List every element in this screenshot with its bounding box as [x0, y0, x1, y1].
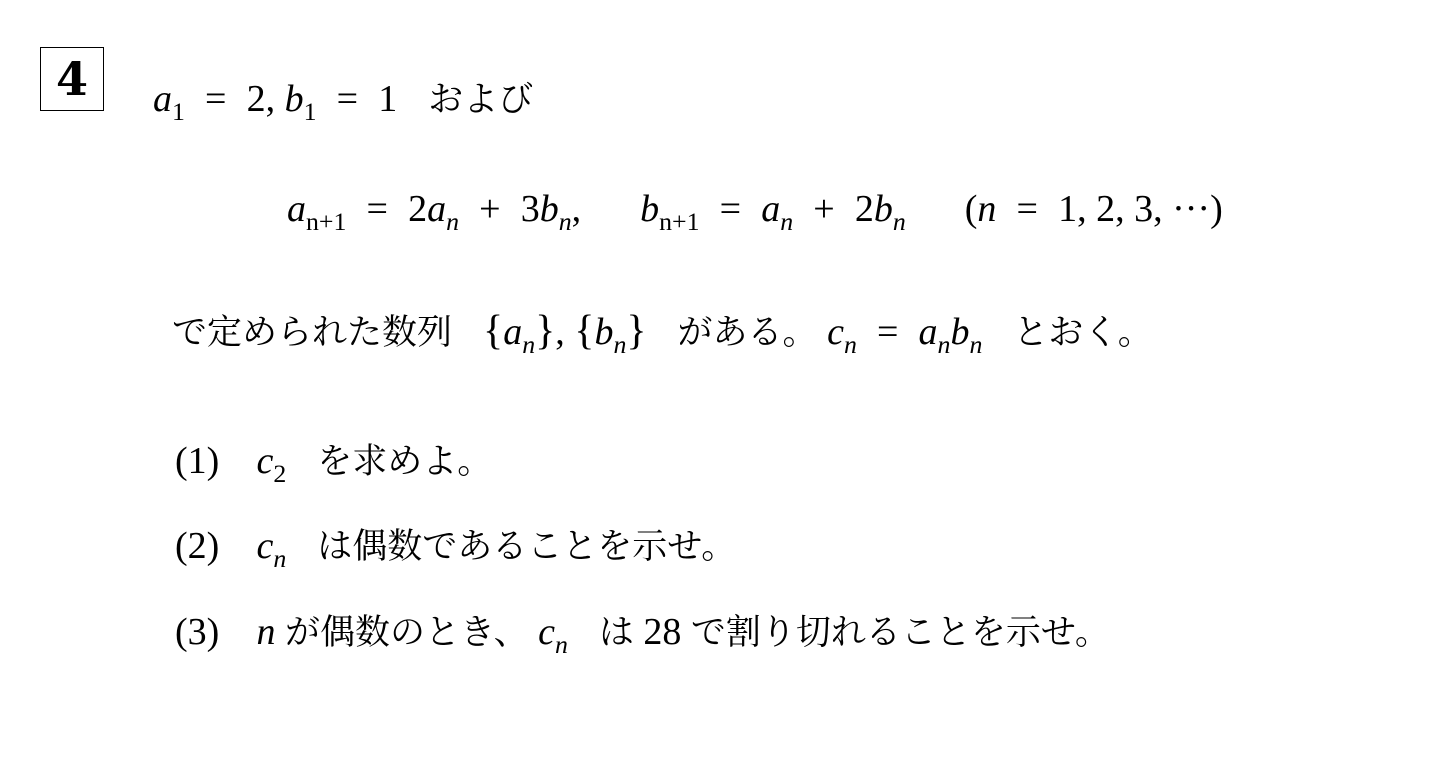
c-definition: cn = anbn — [827, 311, 992, 353]
b1-value: 1 — [378, 78, 397, 120]
equals-sign: = — [205, 80, 226, 118]
recurrence-b: bn+1 = an + 2bn — [640, 188, 915, 230]
a1-term: a1 — [153, 78, 185, 120]
definition-text-before: で定められた数列 — [172, 313, 452, 353]
problem-number: 4 — [40, 47, 104, 111]
question-variable: c2 — [257, 440, 287, 482]
question-label: (2) — [175, 527, 247, 565]
question-variable: cn — [538, 611, 568, 653]
domain-condition: (n = 1, 2, 3, ···) — [965, 188, 1223, 230]
recurrence-relations: an+1 = 2an + 3bn, bn+1 = an + 2bn (n = 1… — [287, 190, 1223, 228]
question-text: で割り切れることを示せ。 — [691, 613, 1110, 653]
definition-line: で定められた数列 {an}, {bn} がある。 cn = anbn とおく。 — [172, 310, 1153, 352]
recurrence-a: an+1 = 2an + 3bn, — [287, 188, 591, 230]
a1-value: 2, — [247, 78, 276, 120]
b1-term: b1 — [285, 78, 317, 120]
question-1: (1) c2 を求めよ。 — [175, 442, 492, 480]
question-label: (1) — [175, 442, 247, 480]
question-text: を求めよ。 — [317, 442, 492, 482]
question-pre-text: が偶数のとき、 — [285, 613, 529, 653]
divisor-number: 28 — [643, 611, 681, 653]
sequence-b: {bn} — [574, 311, 646, 353]
question-variable: cn — [257, 525, 287, 567]
sequence-a: {an} — [483, 311, 555, 353]
question-pre-variable: n — [257, 611, 276, 653]
conjunction-text: および — [428, 80, 533, 120]
definition-text-after: とおく。 — [1013, 313, 1152, 353]
question-3: (3) n が偶数のとき、 cn は 28 で割り切れることを示せ。 — [175, 613, 1110, 651]
question-2: (2) cn は偶数であることを示せ。 — [175, 527, 736, 565]
definition-text-middle: がある。 — [678, 313, 818, 353]
question-text-before-number: は — [599, 613, 634, 653]
initial-conditions: a1 = 2, b1 = 1 および — [153, 80, 533, 118]
question-label: (3) — [175, 613, 247, 651]
equals-sign: = — [337, 80, 358, 118]
question-text: は偶数であることを示せ。 — [317, 527, 736, 567]
problem-number-text: 4 — [56, 56, 88, 102]
